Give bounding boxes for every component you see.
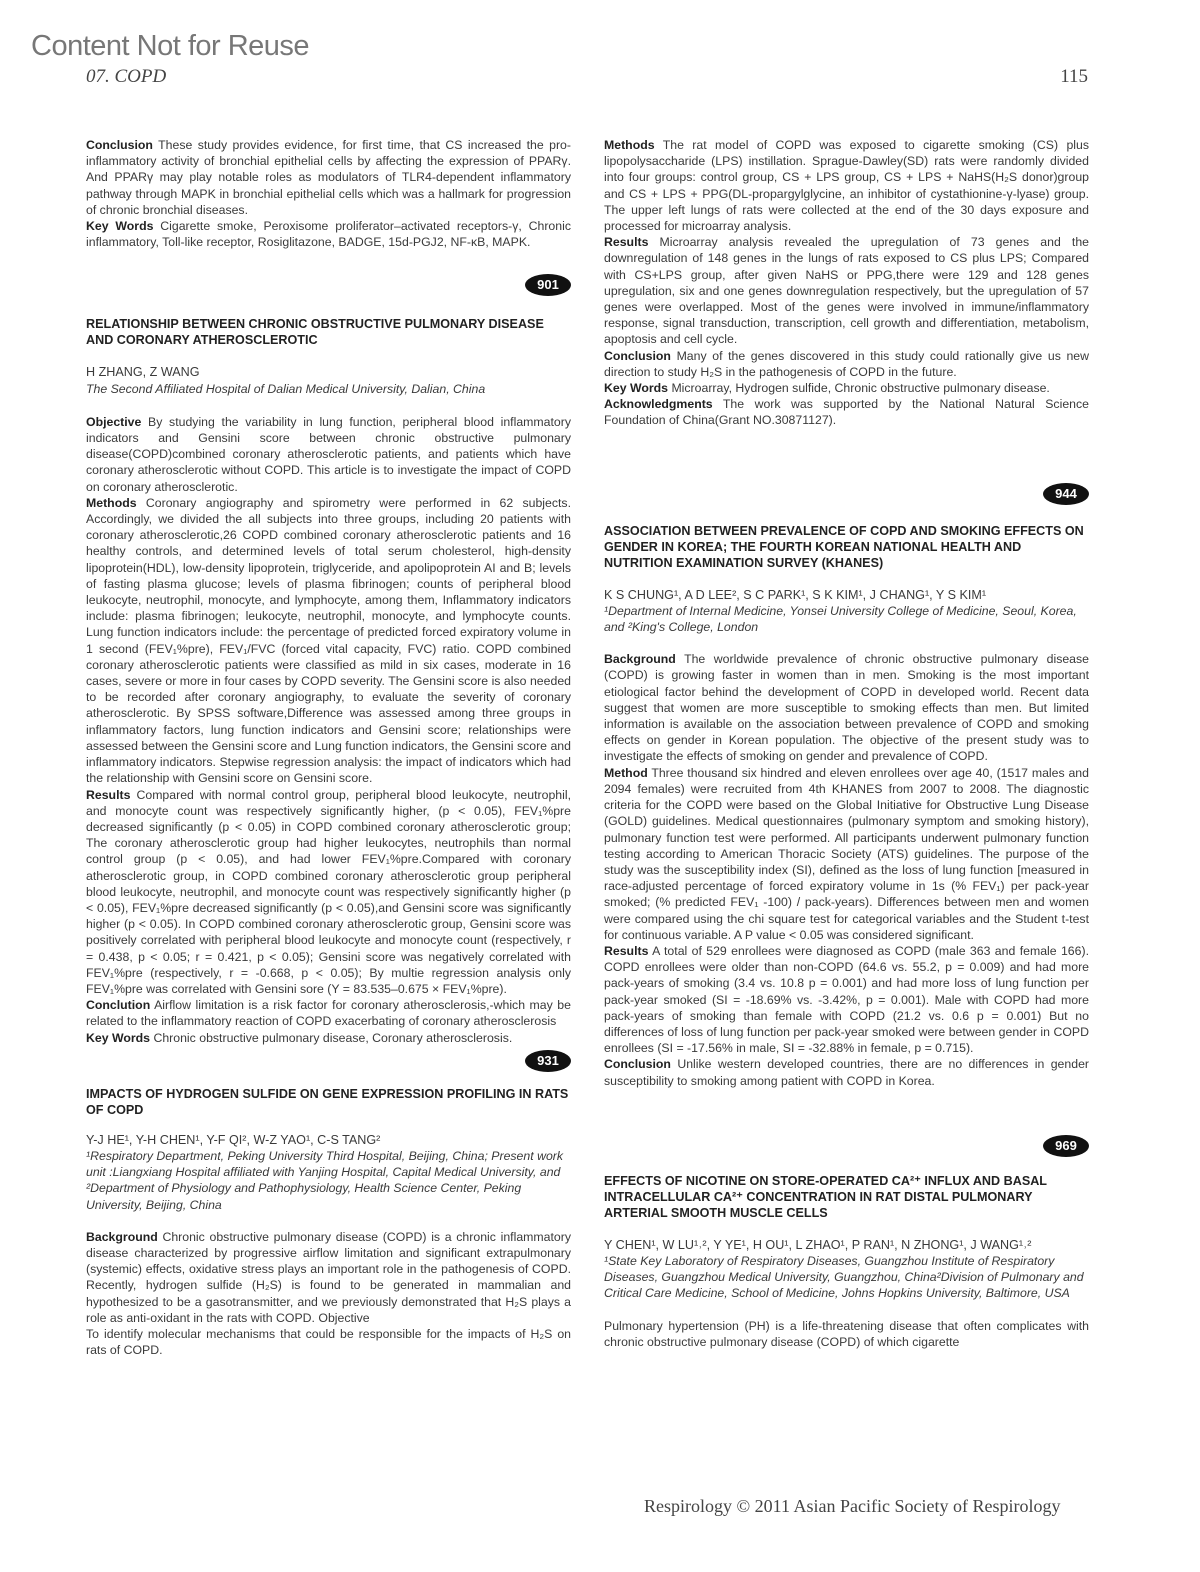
abstract-901-affiliation: The Second Affiliated Hospital of Dalian… [86, 381, 571, 397]
body-paragraph: Pulmonary hypertension (PH) is a life-th… [604, 1318, 1089, 1350]
abstract-901-title: RELATIONSHIP BETWEEN CHRONIC OBSTRUCTIVE… [86, 316, 571, 348]
abstract-969-badge-row: 969 [604, 1135, 1089, 1157]
abstract-901-authors: H ZHANG, Z WANG [86, 364, 571, 380]
conclusion-paragraph: Conclusion These study provides evidence… [86, 137, 571, 218]
abstract-number-badge: 944 [1043, 483, 1089, 505]
objective-text: By studying the variability in lung func… [86, 415, 571, 494]
journal-footer: Respirology © 2011 Asian Pacific Society… [644, 1496, 1060, 1517]
acknowledgments-paragraph: Acknowledgments The work was supported b… [604, 396, 1089, 428]
methods-paragraph: Methods The rat model of COPD was expose… [604, 137, 1089, 234]
results-paragraph: Results A total of 529 enrollees were di… [604, 943, 1089, 1056]
keywords-label: Key Words [86, 219, 153, 233]
conclution-paragraph: Conclution Airflow limitation is a risk … [86, 997, 571, 1029]
background-text: Chronic obstructive pulmonary disease (C… [86, 1230, 571, 1325]
conclusion-paragraph: Conclusion Unlike western developed coun… [604, 1056, 1089, 1088]
method-label: Method [604, 766, 648, 780]
methods-label: Methods [604, 138, 655, 152]
abstract-931-badge-row: 931 [86, 1050, 571, 1072]
abstract-931-affiliation: ¹Respiratory Department, Peking Universi… [86, 1148, 571, 1213]
watermark: Content Not for Reuse [31, 30, 309, 63]
results-label: Results [86, 788, 130, 802]
results-paragraph: Results Microarray analysis revealed the… [604, 234, 1089, 347]
conclusion-label: Conclusion [86, 138, 153, 152]
abstract-944-authors: K S CHUNG¹, A D LEE², S C PARK¹, S K KIM… [604, 587, 1089, 603]
keywords-paragraph: Key Words Cigarette smoke, Peroxisome pr… [86, 218, 571, 250]
conclusion-text: Many of the genes discovered in this stu… [604, 349, 1089, 379]
keywords-text: Microarray, Hydrogen sulfide, Chronic ob… [671, 381, 1049, 395]
abstract-number-badge: 931 [525, 1050, 571, 1072]
methods-text: The rat model of COPD was exposed to cig… [604, 138, 1089, 233]
method-text: Three thousand six hindred and eleven en… [604, 766, 1089, 942]
conclusion-label: Conclusion [604, 1057, 671, 1071]
results-label: Results [604, 235, 648, 249]
keywords-text: Chronic obstructive pulmonary disease, C… [153, 1031, 512, 1045]
background-label: Background [86, 1230, 158, 1244]
conclusion-text: Unlike western developed countries, ther… [604, 1057, 1089, 1087]
method-paragraph: Method Three thousand six hindred and el… [604, 765, 1089, 943]
abstract-969-title: EFFECTS OF NICOTINE ON STORE-OPERATED CA… [604, 1173, 1089, 1221]
methods-label: Methods [86, 496, 137, 510]
abstract-944-title: ASSOCIATION BETWEEN PREVALENCE OF COPD A… [604, 523, 1089, 571]
background-paragraph: Background Chronic obstructive pulmonary… [86, 1229, 571, 1326]
results-text: Microarray analysis revealed the upregul… [604, 235, 1089, 346]
background-label: Background [604, 652, 676, 666]
keywords-label: Key Words [86, 1031, 150, 1045]
abstract-number-badge: 901 [525, 274, 571, 296]
objective-label: Objective [86, 415, 141, 429]
abstract-number-badge: 969 [1043, 1135, 1089, 1157]
keywords-paragraph: Key Words Microarray, Hydrogen sulfide, … [604, 380, 1089, 396]
methods-paragraph: Methods Coronary angiography and spirome… [86, 495, 571, 787]
conclution-label: Conclution [86, 998, 150, 1012]
objective-paragraph: To identify molecular mechanisms that co… [86, 1326, 571, 1358]
acknowledgments-label: Acknowledgments [604, 397, 713, 411]
background-text: The worldwide prevalence of chronic obst… [604, 652, 1089, 763]
keywords-label: Key Words [604, 381, 668, 395]
conclution-text: Airflow limitation is a risk factor for … [86, 998, 571, 1028]
running-head: 07. COPD [86, 66, 166, 88]
abstract-944-affiliation: ¹Department of Internal Medicine, Yonsei… [604, 603, 1089, 635]
results-paragraph: Results Compared with normal control gro… [86, 787, 571, 998]
abstract-931-title: IMPACTS OF HYDROGEN SULFIDE ON GENE EXPR… [86, 1086, 571, 1118]
abstract-969-authors: Y CHEN¹, W LU¹˒², Y YE¹, H OU¹, L ZHAO¹,… [604, 1237, 1089, 1253]
page-number: 115 [1060, 66, 1088, 88]
methods-text: Coronary angiography and spirometry were… [86, 496, 571, 785]
conclusion-paragraph: Conclusion Many of the genes discovered … [604, 348, 1089, 380]
abstract-969-affiliation: ¹State Key Laboratory of Respiratory Dis… [604, 1253, 1089, 1302]
abstract-944-badge-row: 944 [604, 483, 1089, 505]
left-column: Conclusion These study provides evidence… [86, 137, 571, 1358]
conclusion-text: These study provides evidence, for first… [86, 138, 571, 217]
background-paragraph: Background The worldwide prevalence of c… [604, 651, 1089, 764]
abstract-931-authors: Y-J HE¹, Y-H CHEN¹, Y-F QI², W-Z YAO¹, C… [86, 1132, 571, 1148]
results-text: Compared with normal control group, peri… [86, 788, 571, 996]
abstract-901-badge-row: 901 [86, 274, 571, 296]
keywords-text: Cigarette smoke, Peroxisome proliferator… [86, 219, 571, 249]
results-label: Results [604, 944, 648, 958]
keywords-paragraph: Key Words Chronic obstructive pulmonary … [86, 1030, 571, 1046]
conclusion-label: Conclusion [604, 349, 671, 363]
right-column: Methods The rat model of COPD was expose… [604, 137, 1089, 1350]
results-text: A total of 529 enrollees were diagnosed … [604, 944, 1089, 1055]
objective-paragraph: Objective By studying the variability in… [86, 414, 571, 495]
